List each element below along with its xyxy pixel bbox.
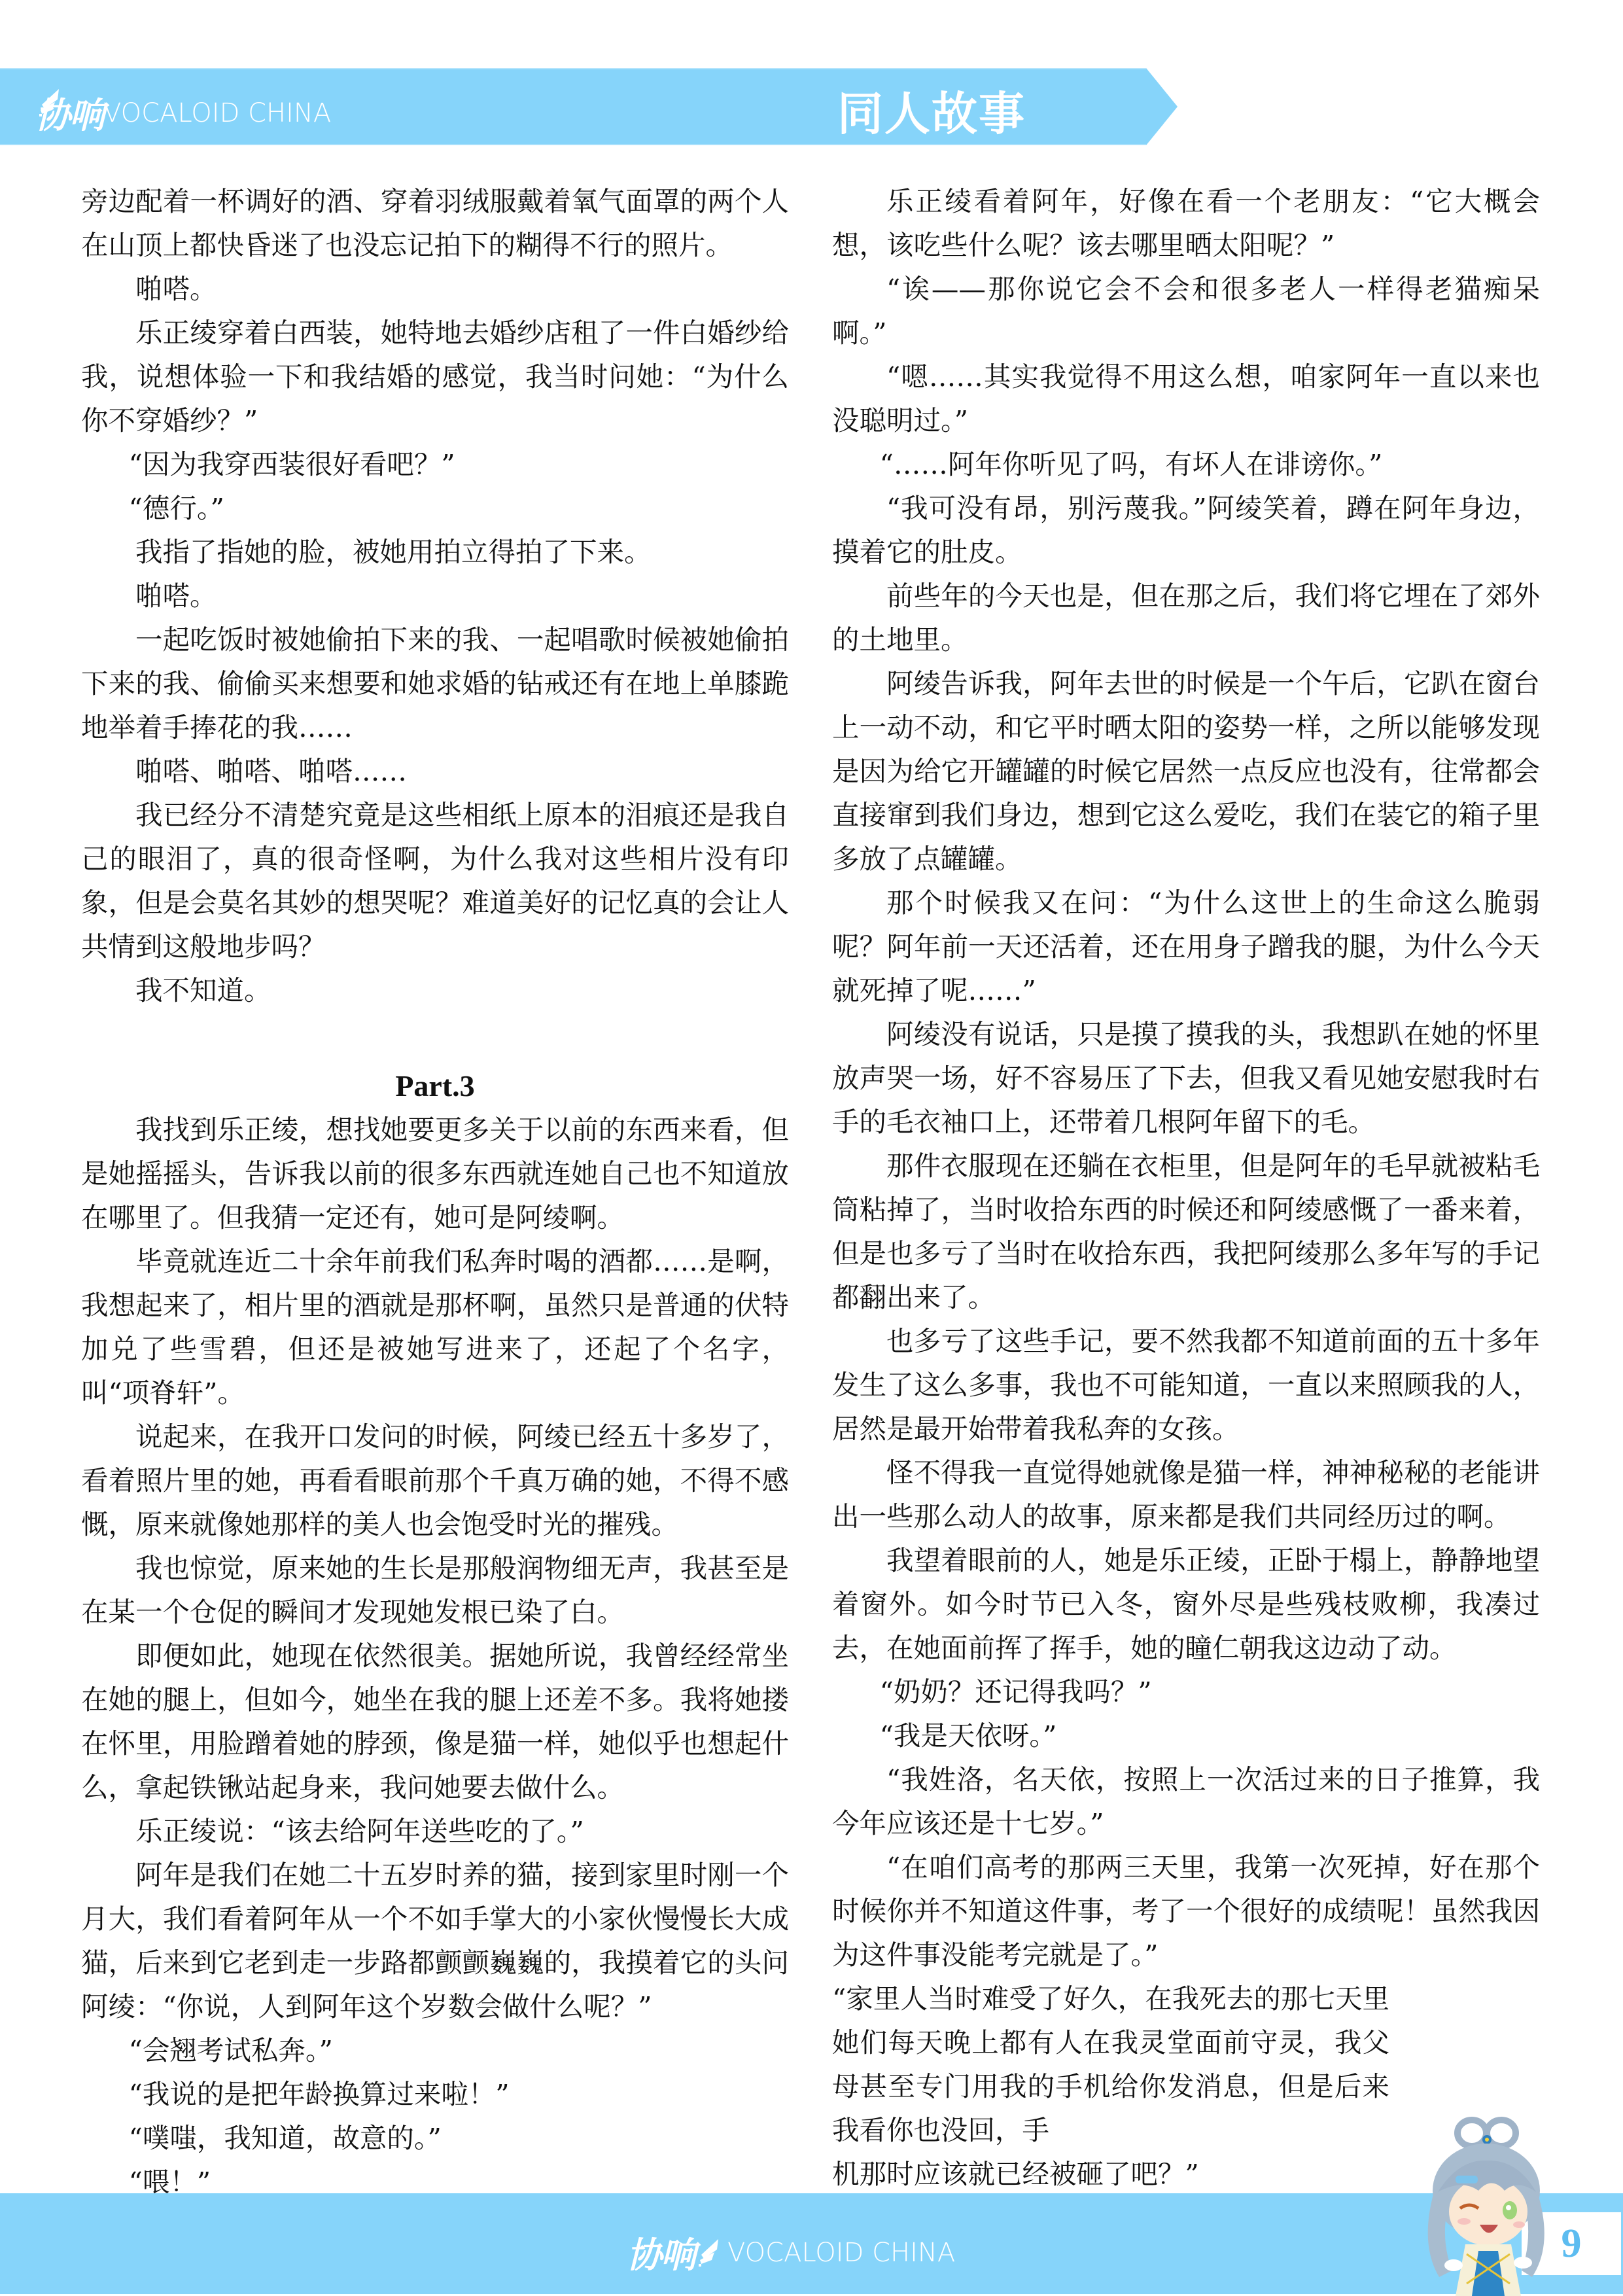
paragraph: 也多亏了这些手记，要不然我都不知道前面的五十多年发生了这么多事，我也不可能知道，… [832,1319,1540,1451]
part-heading: Part.3 [81,1064,789,1108]
logo-english-text: VOCALOID CHINA [727,2238,955,2268]
paragraph: 我指了指她的脸，被她用拍立得拍了下来。 [81,530,789,574]
paragraph: 乐正绫说：“该去给阿年送些吃的了。” [81,1809,789,1853]
paragraph: 那个时候我又在问：“为什么这世上的生命这么脆弱呢？阿年前一天还活着，还在用身子蹭… [832,881,1540,1012]
paragraph: 啪嗒、啪嗒、啪嗒…… [81,749,789,793]
paragraph: 我不知道。 [81,968,789,1012]
paragraph: 乐正绫看着阿年，好像在看一个老朋友：“它大概会想，该吃些什么呢？该去哪里晒太阳呢… [832,179,1540,267]
paragraph: “因为我穿西装很好看吧？” [81,442,789,486]
paragraph: 旁边配着一杯调好的酒、穿着羽绒服戴着氧气面罩的两个人在山顶上都快昏迷了也没忘记拍… [81,179,789,267]
paragraph: 那件衣服现在还躺在衣柜里，但是阿年的毛早就被粘毛筒粘掉了，当时收拾东西的时候还和… [832,1144,1540,1319]
page-number: 9 [1562,2221,1582,2267]
paragraph: “奶奶？还记得我吗？” [832,1670,1540,1714]
paragraph: “嗯……其实我觉得不用这么想，咱家阿年一直以来也没聪明过。” [832,355,1540,442]
paragraph: 我已经分不清楚究竟是这些相纸上原本的泪痕还是我自己的眼泪了，真的很奇怪啊，为什么… [81,793,789,968]
paragraph: 啪嗒。 [81,574,789,618]
mascot-character-icon [1393,2113,1563,2296]
paragraph: “诶——那你说它会不会和很多老人一样得老猫痴呆啊。” [832,267,1540,355]
paragraph: 我也惊觉，原来她的生长是那般润物细无声，我甚至是在某一个仓促的瞬间才发现她发根已… [81,1546,789,1634]
footer-logo: 协响 VOCALOID CHINA [627,2227,955,2278]
paragraph: “噗嗤，我知道，故意的。” [81,2116,789,2160]
paragraph: 一起吃饭时被她偷拍下来的我、一起唱歌时候被她偷拍下来的我、偷偷买来想要和她求婚的… [81,618,789,749]
paragraph: “在咱们高考的那两三天里，我第一次死掉，好在那个时候你并不知道这件事，考了一个很… [832,1845,1540,1977]
paragraph: 阿绫没有说话，只是摸了摸我的头，我想趴在她的怀里放声哭一场，好不容易压了下去，但… [832,1012,1540,1144]
paragraph: “我说的是把年龄换算过来啦！” [81,2072,789,2116]
paragraph: 乐正绫穿着白西装，她特地去婚纱店租了一件白婚纱给我，说想体验一下和我结婚的感觉，… [81,311,789,442]
paragraph: “德行。” [81,486,789,530]
wing-icon [697,2238,720,2268]
paragraph: 阿绫告诉我，阿年去世的时候是一个午后，它趴在窗台上一动不动，和它平时晒太阳的姿势… [832,662,1540,881]
paragraph: “我是天依呀。” [832,1714,1540,1757]
paragraph: 我望着眼前的人，她是乐正绫，正卧于榻上，静静地望着窗外。如今时节已入冬，窗外尽是… [832,1538,1540,1670]
paragraph: 怪不得我一直觉得她就像是猫一样，神神秘秘的老能讲出一些那么动人的故事，原来都是我… [832,1451,1540,1538]
paragraph: 前些年的今天也是，但在那之后，我们将它埋在了郊外的土地里。 [832,574,1540,662]
spacer [81,1012,789,1056]
paragraph: 阿年是我们在她二十五岁时养的猫，接到家里时刚一个月大，我们看着阿年从一个不如手掌… [81,1853,789,2028]
logo-chinese-text: 协响 [627,2227,695,2278]
paragraph: “我可没有昂，别污蔑我。”阿绫笑着，蹲在阿年身边，摸着它的肚皮。 [832,486,1540,574]
paragraph: “会翘考试私奔。” [81,2028,789,2072]
paragraph: 啪嗒。 [81,267,789,311]
paragraph: “……阿年你听见了吗，有坏人在诽谤你。” [832,442,1540,486]
right-column: 乐正绫看着阿年，好像在看一个老朋友：“它大概会想，该吃些什么呢？该去哪里晒太阳呢… [832,179,1540,2196]
header-logo: 协响 VOCALOID CHINA [35,88,331,138]
paragraph: 我找到乐正绫，想找她要更多关于以前的东西来看，但是她摇摇头，告诉我以前的很多东西… [81,1108,789,1239]
footer-banner: 协响 VOCALOID CHINA [0,2193,1623,2294]
left-column: 旁边配着一杯调好的酒、穿着羽绒服戴着氧气面罩的两个人在山顶上都快昏迷了也没忘记拍… [81,179,789,2204]
paragraph: “我姓洛，名天依，按照上一次活过来的日子推算，我今年应该还是十七岁。” [832,1757,1540,1845]
header-banner: 协响 VOCALOID CHINA 同人故事 [0,68,1178,145]
wing-icon [38,88,60,118]
section-title: 同人故事 [837,77,1026,143]
paragraph: 毕竟就连近二十余年前我们私奔时喝的酒都……是啊，我想起来了，相片里的酒就是那杯啊… [81,1239,789,1415]
paragraph: 即便如此，她现在依然很美。据她所说，我曾经经常坐在她的腿上，但如今，她坐在我的腿… [81,1634,789,1809]
logo-english-text: VOCALOID CHINA [103,98,331,128]
paragraph: 说起来，在我开口发问的时候，阿绫已经五十多岁了，看着照片里的她，再看看眼前那个千… [81,1415,789,1546]
